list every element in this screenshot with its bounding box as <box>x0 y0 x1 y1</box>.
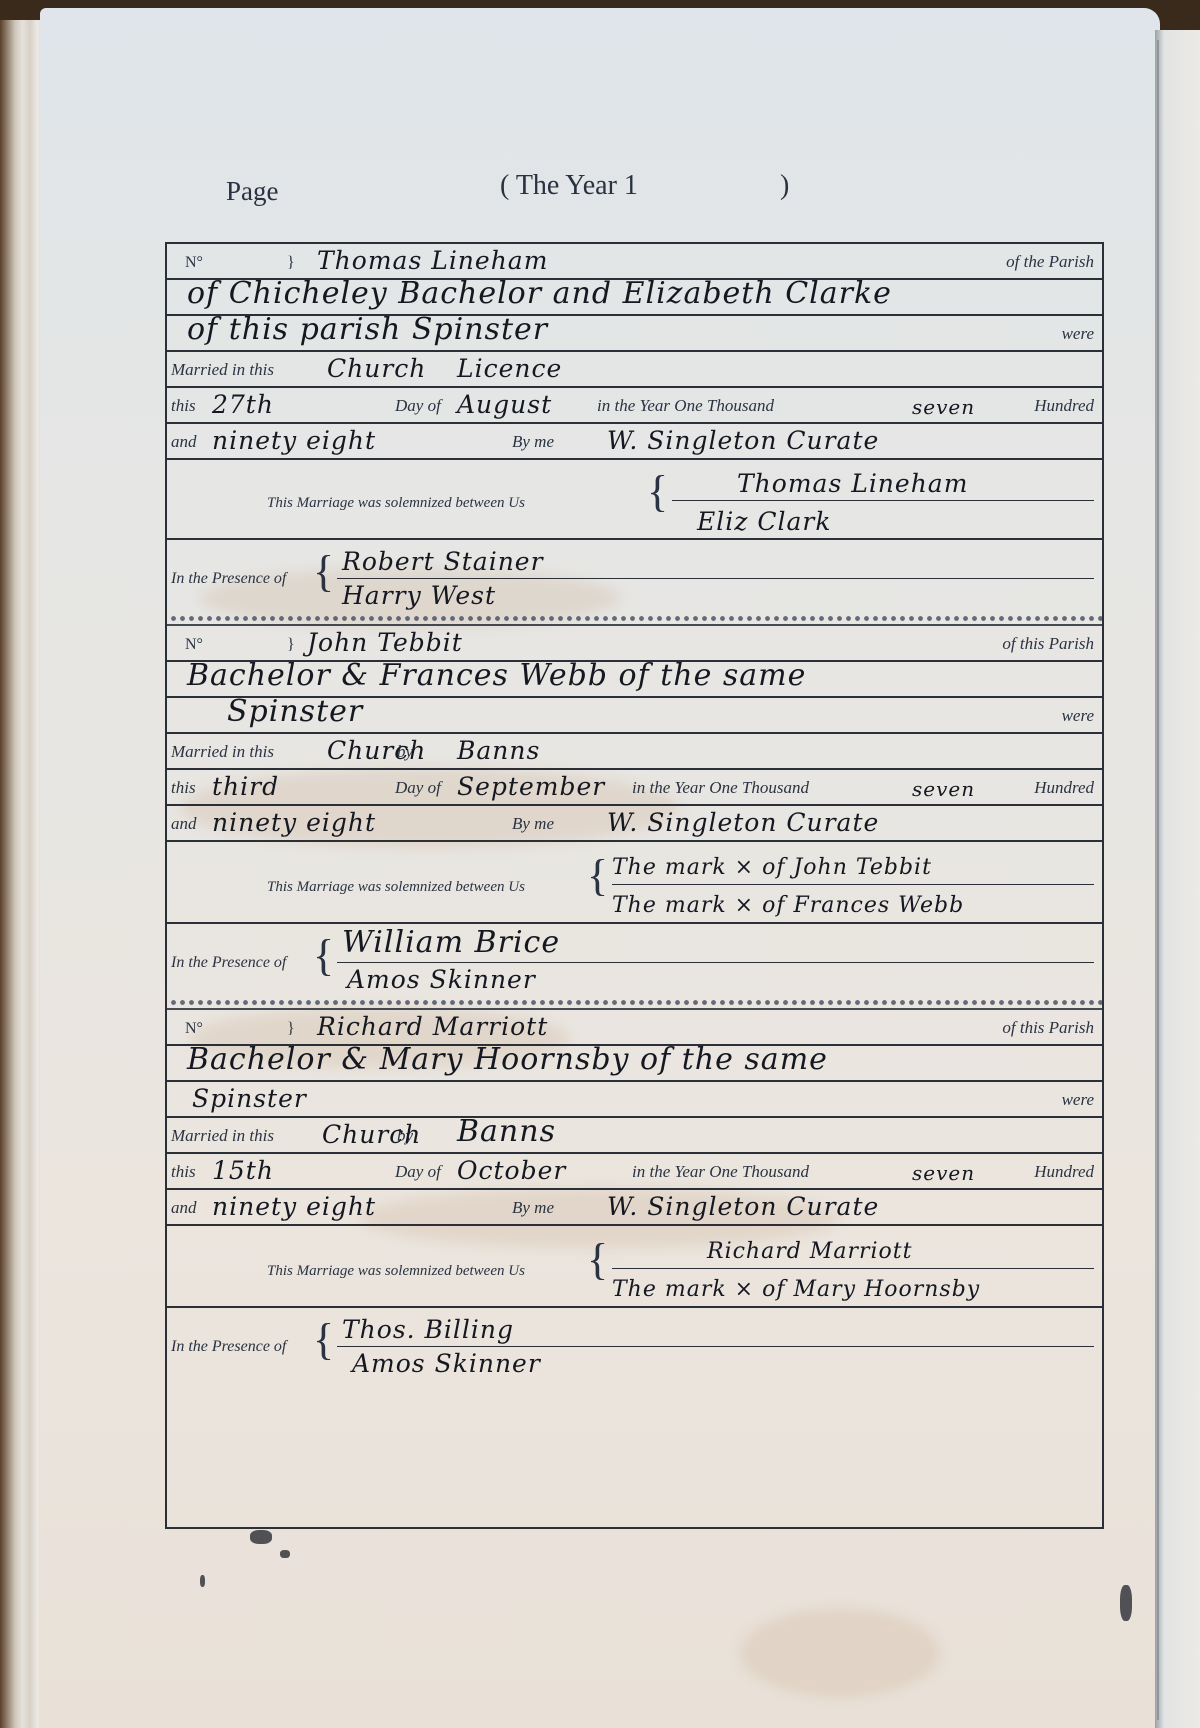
year-text-label: in the Year One Thousand <box>632 1162 809 1182</box>
parties-text: Bachelor & Frances Webb of the same <box>187 658 806 693</box>
page-label: Page <box>226 176 278 207</box>
groom-row: N° } Thomas Lineham of the Parish <box>167 244 1102 280</box>
this-label: this <box>171 1162 196 1182</box>
brace-glyph: { <box>313 550 334 594</box>
parties-row: Bachelor & Frances Webb of the same <box>167 662 1102 698</box>
bride-status: of this parish Spinster <box>187 312 548 347</box>
by-me-label: By me <box>512 432 554 452</box>
groom-name: John Tebbit <box>307 628 463 657</box>
officiant-row: and ninety eight By me W. Singleton Cura… <box>167 424 1102 460</box>
witness-row: In the Presence of { Robert Stainer Harr… <box>167 540 1102 612</box>
ink-blot <box>280 1550 290 1558</box>
parties-text: of Chicheley Bachelor and Elizabeth Clar… <box>187 276 892 311</box>
date-row: this 15th Day of October in the Year One… <box>167 1154 1102 1190</box>
year-tens: ninety eight <box>212 426 376 455</box>
signatures-row: This Marriage was solemnized between Us … <box>167 1226 1102 1308</box>
solemnized-label: This Marriage was solemnized between Us <box>267 1263 525 1280</box>
signature-groom: The mark × of John Tebbit <box>612 855 932 880</box>
page-header: Page ( The Year 1 ) <box>0 170 1200 210</box>
parish-label: of the Parish <box>1006 252 1094 272</box>
witness-2: Harry West <box>342 581 496 610</box>
year-hundreds: seven <box>912 777 975 801</box>
number-label: N° <box>185 254 203 272</box>
parties-text: Bachelor & Mary Hoornsby of the same <box>187 1042 828 1077</box>
married-label: Married in this <box>171 742 274 762</box>
marriage-entry-3: N° } Richard Marriott of this Parish Bac… <box>167 1010 1102 1380</box>
witness-1: William Brice <box>342 925 560 960</box>
bride-status: Spinster <box>227 694 363 729</box>
married-label: Married in this <box>171 360 274 380</box>
hundred-label: Hundred <box>1034 1162 1094 1182</box>
were-label: were <box>1062 324 1094 344</box>
ornamental-divider <box>167 996 1102 1010</box>
place: Church <box>327 736 426 765</box>
married-row: Married in this by Church Banns <box>167 1118 1102 1154</box>
day: 27th <box>212 390 274 419</box>
year-hundreds: seven <box>912 395 975 419</box>
signature-bride: The mark × of Frances Webb <box>612 893 964 918</box>
day: third <box>212 772 279 801</box>
groom-row: N° } Richard Marriott of this Parish <box>167 1010 1102 1046</box>
parties-row: of Chicheley Bachelor and Elizabeth Clar… <box>167 280 1102 316</box>
married-label: Married in this <box>171 1126 274 1146</box>
by-me-label: By me <box>512 814 554 834</box>
witness-2: Amos Skinner <box>347 965 536 994</box>
brace-glyph: { <box>313 1318 334 1362</box>
bracket-glyph: } <box>287 636 295 654</box>
signature-bride: The mark × of Mary Hoornsby <box>612 1277 980 1302</box>
presence-label: In the Presence of <box>171 570 286 588</box>
month: October <box>457 1156 566 1185</box>
signatures-row: This Marriage was solemnized between Us … <box>167 460 1102 540</box>
ink-blot <box>250 1530 272 1544</box>
presence-label: In the Presence of <box>171 1338 286 1356</box>
marriage-entry-1: N° } Thomas Lineham of the Parish of Chi… <box>167 244 1102 626</box>
hundred-label: Hundred <box>1034 396 1094 416</box>
month: September <box>457 772 605 801</box>
this-label: this <box>171 396 196 416</box>
were-label: were <box>1062 1090 1094 1110</box>
officiant: W. Singleton Curate <box>607 426 879 455</box>
witness-row: In the Presence of { Thos. Billing Amos … <box>167 1308 1102 1380</box>
parish-status-row: Spinster were <box>167 1082 1102 1118</box>
signature-bride: Eliz Clark <box>697 507 832 536</box>
year-hundreds: seven <box>912 1161 975 1185</box>
day-of-label: Day of <box>395 778 441 798</box>
groom-name: Thomas Lineham <box>317 246 548 275</box>
and-label: and <box>171 432 197 452</box>
day-of-label: Day of <box>395 1162 441 1182</box>
brace-glyph: { <box>313 934 334 978</box>
brace-glyph: { <box>587 854 608 898</box>
signatures-row: This Marriage was solemnized between Us … <box>167 842 1102 924</box>
parties-row: Bachelor & Mary Hoornsby of the same <box>167 1046 1102 1082</box>
ink-blot <box>1120 1585 1132 1621</box>
bride-status: Spinster <box>192 1084 307 1113</box>
witness-1: Robert Stainer <box>342 547 544 576</box>
officiant: W. Singleton Curate <box>607 808 879 837</box>
brace-glyph: { <box>647 470 668 514</box>
year-label: ( The Year 1 <box>500 170 638 202</box>
parish-label: of this Parish <box>1002 634 1094 654</box>
brace-glyph: { <box>587 1238 608 1282</box>
witness-1: Thos. Billing <box>342 1315 514 1344</box>
date-row: this third Day of September in the Year … <box>167 770 1102 806</box>
date-row: this 27th Day of August in the Year One … <box>167 388 1102 424</box>
ink-blot <box>200 1575 205 1587</box>
and-label: and <box>171 1198 197 1218</box>
place: Church <box>322 1120 421 1149</box>
groom-row: N° } John Tebbit of this Parish <box>167 626 1102 662</box>
book-gutter <box>1155 30 1200 1728</box>
signature-groom: Thomas Lineham <box>737 469 968 498</box>
year-close: ) <box>780 170 789 202</box>
solemnized-label: This Marriage was solemnized between Us <box>267 879 525 896</box>
number-label: N° <box>185 636 203 654</box>
were-label: were <box>1062 706 1094 726</box>
married-row: Married in this by Church Banns <box>167 734 1102 770</box>
number-label: N° <box>185 1020 203 1038</box>
officiant-row: and ninety eight By me W. Singleton Cura… <box>167 806 1102 842</box>
month: August <box>457 390 552 419</box>
day-of-label: Day of <box>395 396 441 416</box>
gutter-shadow <box>1157 40 1159 1720</box>
year-text-label: in the Year One Thousand <box>632 778 809 798</box>
witness-2: Amos Skinner <box>352 1349 541 1378</box>
year-tens: ninety eight <box>212 808 376 837</box>
parish-status-row: of this parish Spinster were <box>167 316 1102 352</box>
officiant-row: and ninety eight By me W. Singleton Cura… <box>167 1190 1102 1226</box>
marriage-register-table: N° } Thomas Lineham of the Parish of Chi… <box>165 242 1104 1529</box>
day: 15th <box>212 1156 274 1185</box>
by-me-label: By me <box>512 1198 554 1218</box>
year-text-label: in the Year One Thousand <box>597 396 774 416</box>
witness-row: In the Presence of { William Brice Amos … <box>167 924 1102 996</box>
place: Church <box>327 354 426 383</box>
method: Banns <box>457 1114 556 1149</box>
year-tens: ninety eight <box>212 1192 376 1221</box>
ornamental-divider <box>167 612 1102 626</box>
parish-label: of this Parish <box>1002 1018 1094 1038</box>
this-label: this <box>171 778 196 798</box>
hundred-label: Hundred <box>1034 778 1094 798</box>
and-label: and <box>171 814 197 834</box>
method: Licence <box>457 354 562 383</box>
solemnized-label: This Marriage was solemnized between Us <box>267 495 525 512</box>
officiant: W. Singleton Curate <box>607 1192 879 1221</box>
method: Banns <box>457 736 540 765</box>
bracket-glyph: } <box>287 254 295 272</box>
groom-name: Richard Marriott <box>317 1012 548 1041</box>
bracket-glyph: } <box>287 1020 295 1038</box>
parish-status-row: Spinster were <box>167 698 1102 734</box>
married-row: Married in this Church Licence <box>167 352 1102 388</box>
marriage-entry-2: N° } John Tebbit of this Parish Bachelor… <box>167 626 1102 1010</box>
signature-groom: Richard Marriott <box>707 1239 912 1264</box>
presence-label: In the Presence of <box>171 954 286 972</box>
